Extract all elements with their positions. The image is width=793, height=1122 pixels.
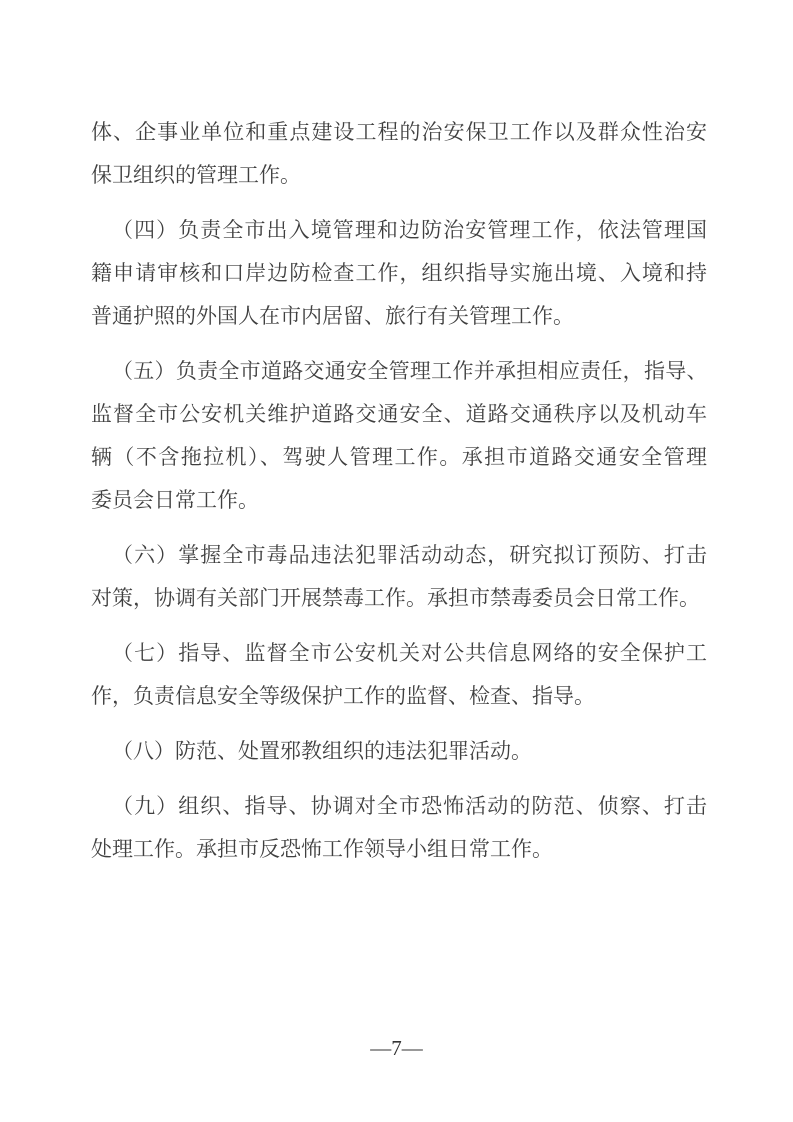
- text-line: （五）负责全市道路交通安全管理工作并承担相应责任，指导、: [91, 350, 707, 393]
- text-line: 普通护照的外国人在市内居留、旅行有关管理工作。: [91, 295, 707, 338]
- paragraph-item-7: （七）指导、监督全市公安机关对公共信息网络的安全保护工 作，负责信息安全等级保护…: [91, 632, 707, 718]
- text-line: 委员会日常工作。: [91, 479, 707, 522]
- paragraph-item-6: （六）掌握全市毒品违法犯罪活动动态，研究拟订预防、打击 对策，协调有关部门开展禁…: [91, 534, 707, 620]
- text-line: 保卫组织的管理工作。: [91, 154, 707, 197]
- text-line: （八）防范、处置邪教组织的违法犯罪活动。: [91, 730, 707, 773]
- text-line: 监督全市公安机关维护道路交通安全、道路交通秩序以及机动车: [91, 393, 707, 436]
- document-body: 体、企事业单位和重点建设工程的治安保卫工作以及群众性治安 保卫组织的管理工作。 …: [91, 111, 707, 883]
- document-page: 体、企事业单位和重点建设工程的治安保卫工作以及群众性治安 保卫组织的管理工作。 …: [0, 0, 793, 1122]
- paragraph-item-4: （四）负责全市出入境管理和边防治安管理工作，依法管理国 籍申请审核和口岸边防检查…: [91, 209, 707, 338]
- text-line: 处理工作。承担市反恐怖工作领导小组日常工作。: [91, 828, 707, 871]
- text-line: 籍申请审核和口岸边防检查工作，组织指导实施出境、入境和持: [91, 252, 707, 295]
- text-line: 辆（不含拖拉机）、驾驶人管理工作。承担市道路交通安全管理: [91, 436, 707, 479]
- page-number: —7—: [0, 1033, 793, 1063]
- text-line: （九）组织、指导、协调对全市恐怖活动的防范、侦察、打击: [91, 785, 707, 828]
- paragraph-item-5: （五）负责全市道路交通安全管理工作并承担相应责任，指导、 监督全市公安机关维护道…: [91, 350, 707, 522]
- text-line: （六）掌握全市毒品违法犯罪活动动态，研究拟订预防、打击: [91, 534, 707, 577]
- text-line: 体、企事业单位和重点建设工程的治安保卫工作以及群众性治安: [91, 111, 707, 154]
- text-line: （七）指导、监督全市公安机关对公共信息网络的安全保护工: [91, 632, 707, 675]
- paragraph-item-8: （八）防范、处置邪教组织的违法犯罪活动。: [91, 730, 707, 773]
- paragraph-continuation: 体、企事业单位和重点建设工程的治安保卫工作以及群众性治安 保卫组织的管理工作。: [91, 111, 707, 197]
- text-line: 作，负责信息安全等级保护工作的监督、检查、指导。: [91, 675, 707, 718]
- text-line: （四）负责全市出入境管理和边防治安管理工作，依法管理国: [91, 209, 707, 252]
- text-line: 对策，协调有关部门开展禁毒工作。承担市禁毒委员会日常工作。: [91, 577, 707, 620]
- paragraph-item-9: （九）组织、指导、协调对全市恐怖活动的防范、侦察、打击 处理工作。承担市反恐怖工…: [91, 785, 707, 871]
